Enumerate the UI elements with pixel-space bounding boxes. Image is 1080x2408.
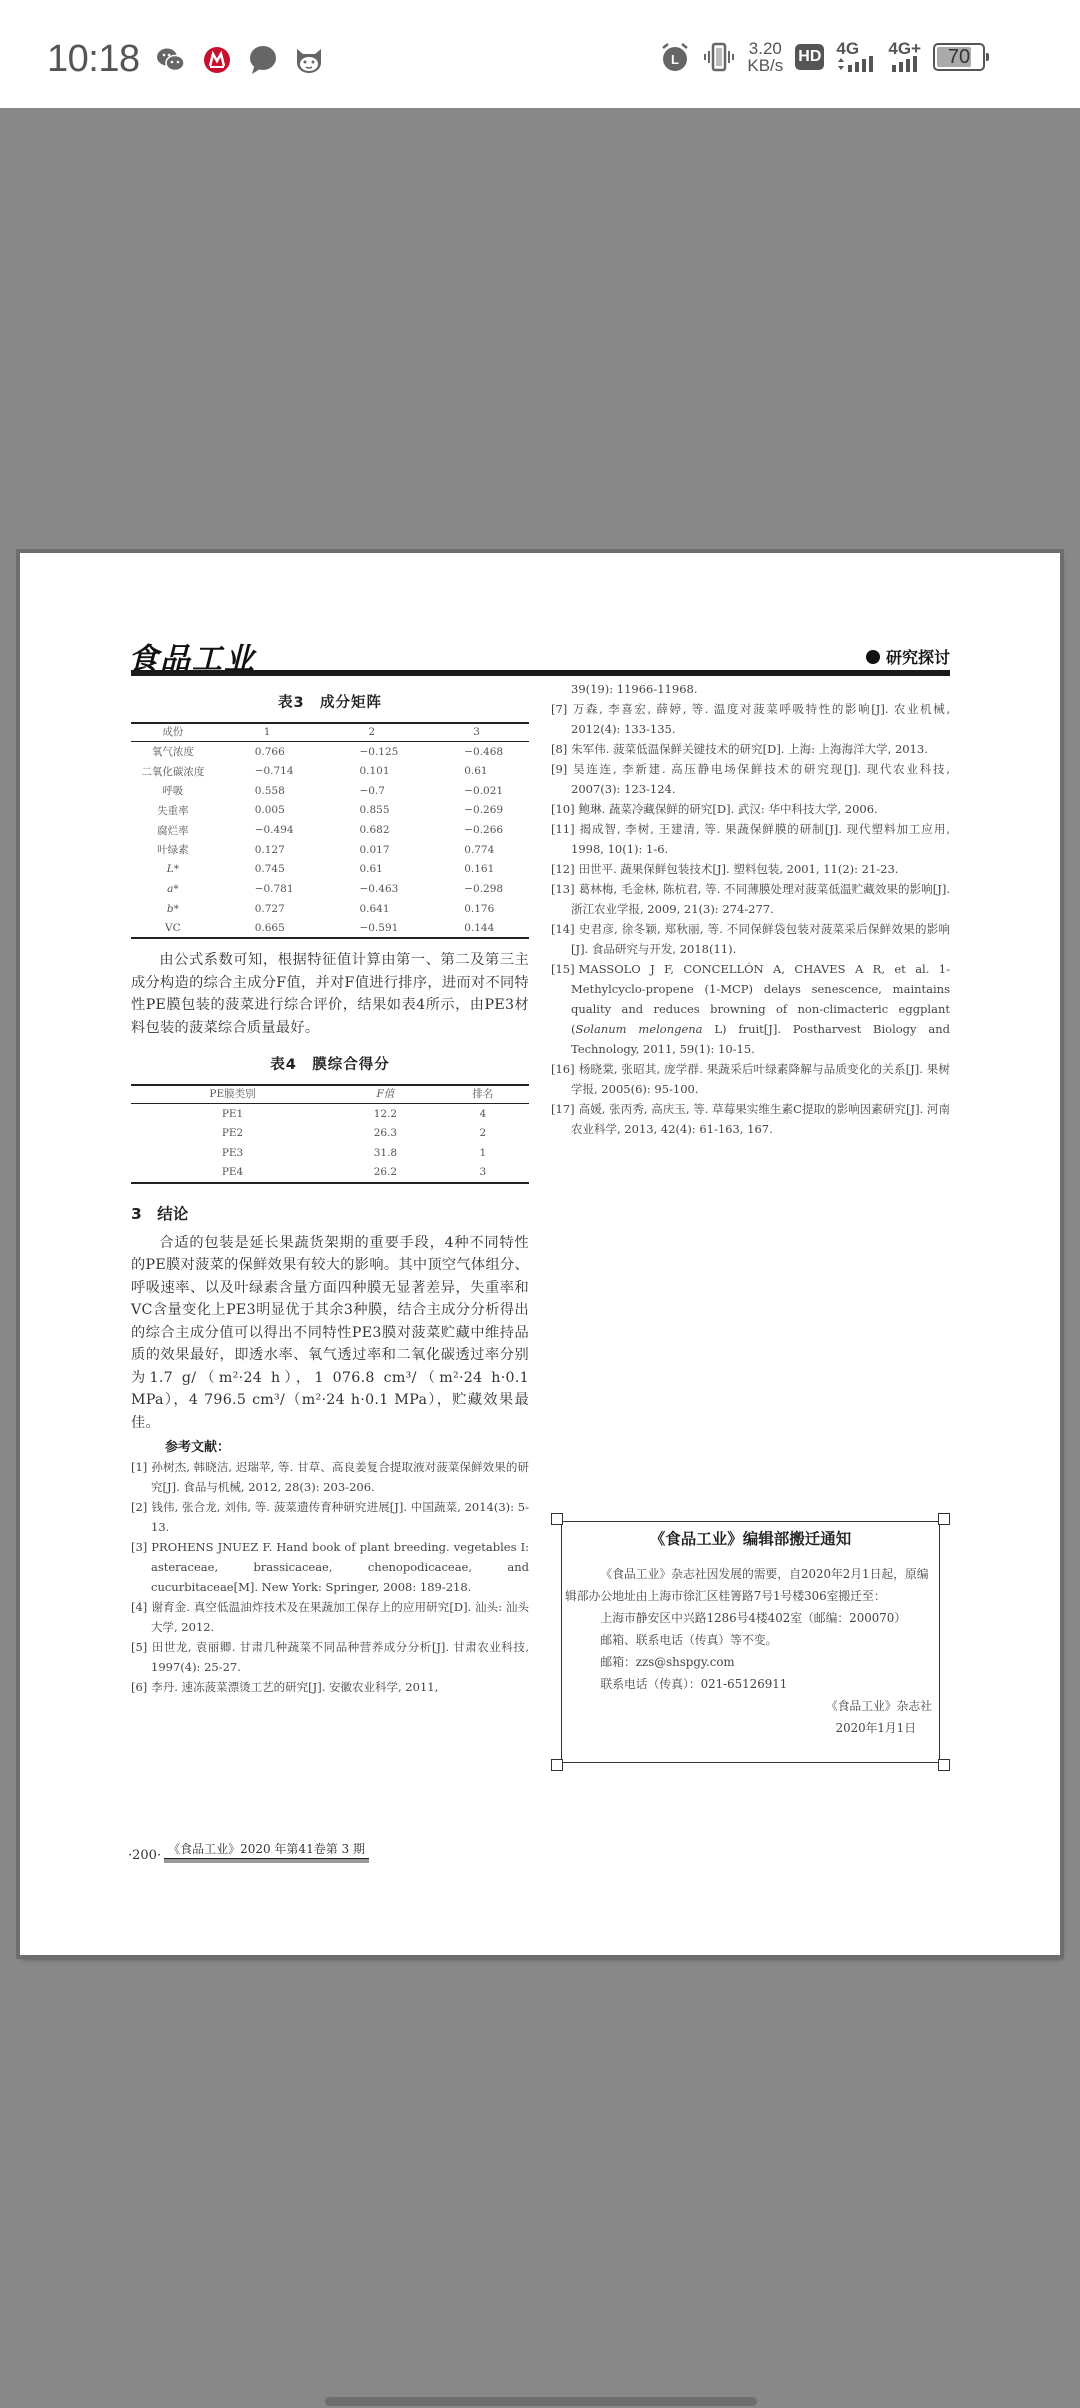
wechat-icon <box>155 44 187 76</box>
reference-number: [9] <box>551 762 567 776</box>
system-status-icons: L 3.20 KB/s HD 4G 4G+ 70 <box>659 40 985 74</box>
row-label: 失重率 <box>131 801 215 821</box>
table4-title: 表4 膜综合得分 <box>131 1053 529 1074</box>
cell: 0.558 <box>215 781 320 801</box>
bullet-dot-icon <box>866 650 880 664</box>
column-header: F值 <box>334 1085 437 1104</box>
reference-item: [2]钱伟, 张合龙, 刘伟, 等. 菠菜遗传育种研究进展[J]. 中国蔬菜, … <box>131 1497 529 1537</box>
cell: −0.269 <box>424 801 529 821</box>
page-footer: ·200· 《食品工业》2020 年第41卷第 3 期 <box>128 1840 369 1863</box>
reference-number: [12] <box>551 862 575 876</box>
reference-number: [4] <box>131 1600 147 1614</box>
reference-text: 钱伟, 张合龙, 刘伟, 等. 菠菜遗传育种研究进展[J]. 中国蔬菜, 201… <box>151 1500 529 1534</box>
notice-signature: 《食品工业》杂志社 <box>565 1695 936 1717</box>
paragraph-f-value: 由公式系数可知，根据特征值计算由第一、第二及第三主成分构造的综合主成分F值，并对… <box>131 949 529 1039</box>
reference-text: 李丹. 速冻菠菜漂烫工艺的研究[J]. 安徽农业科学, 2011, <box>151 1680 438 1694</box>
china-merchants-bank-icon <box>201 44 233 76</box>
table-row: 腐烂率−0.4940.682−0.266 <box>131 820 529 840</box>
table-row: L*0.7450.610.161 <box>131 860 529 880</box>
table-row: a*−0.781−0.463−0.298 <box>131 879 529 899</box>
reference-number: [5] <box>131 1640 147 1654</box>
cat-face-app-icon <box>293 44 325 76</box>
reference-number: [7] <box>551 702 567 716</box>
row-label: b* <box>131 899 215 919</box>
table-row: b*0.7270.6410.176 <box>131 899 529 919</box>
notification-icons <box>155 44 325 76</box>
cell: 0.641 <box>319 899 424 919</box>
cell: 0.774 <box>424 840 529 860</box>
network-speed: 3.20 KB/s <box>747 40 783 74</box>
journal-issue: 《食品工业》2020 年第41卷第 3 期 <box>164 1840 369 1863</box>
reference-number: [16] <box>551 1062 575 1076</box>
cell: 0.161 <box>424 860 529 880</box>
reference-item: [6]李丹. 速冻菠菜漂烫工艺的研究[J]. 安徽农业科学, 2011, <box>131 1677 529 1697</box>
reference-number: [10] <box>551 802 575 816</box>
reference-item: [9]吴连连, 李新建. 高压静电场保鲜技术的研究现[J]. 现代农业科技, 2… <box>551 759 950 799</box>
reference-item: [16]杨晓棠, 张昭其, 庞学群. 果蔬采后叶绿素降解与品质变化的关系[J].… <box>551 1059 950 1099</box>
reference-text: 田世龙, 袁丽卿. 甘肃几种蔬菜不同品种营养成分分析[J]. 甘肃农业科技, 1… <box>151 1640 529 1674</box>
cell: −0.463 <box>319 879 424 899</box>
sim1-signal: 4G <box>836 41 876 74</box>
network-speed-unit: KB/s <box>747 57 783 74</box>
battery-level: 70 <box>948 46 970 69</box>
row-label: 二氧化碳浓度 <box>131 761 215 781</box>
reference-species-name: Solanum melongena <box>576 1022 703 1036</box>
section-label: 研究探讨 <box>866 645 950 668</box>
alarm-clock-icon: L <box>659 41 691 73</box>
cell: 0.005 <box>215 801 320 821</box>
reference-text: 孙树杰, 韩晓洁, 迟瑞苹, 等. 甘草、高良姜复合提取液对菠菜保鲜效果的研究[… <box>151 1460 529 1494</box>
references-heading: 参考文献： <box>165 1436 529 1455</box>
notice-body: 《食品工业》杂志社因发展的需要，自2020年2月1日起，原编辑部办公地址由上海市… <box>565 1563 936 1739</box>
reference-item: [5]田世龙, 袁丽卿. 甘肃几种蔬菜不同品种营养成分分析[J]. 甘肃农业科技… <box>131 1637 529 1677</box>
row-label: L* <box>131 860 215 880</box>
corner-ornament <box>551 1759 563 1771</box>
notice-paragraph: 《食品工业》杂志社因发展的需要，自2020年2月1日起，原编辑部办公地址由上海市… <box>565 1563 936 1607</box>
gesture-home-bar[interactable] <box>325 2397 757 2406</box>
table-row: 二氧化碳浓度−0.7140.1010.61 <box>131 761 529 781</box>
cell: PE3 <box>131 1143 334 1163</box>
cell: 0.61 <box>319 860 424 880</box>
cell: PE2 <box>131 1124 334 1144</box>
section-label-text: 研究探讨 <box>886 645 950 668</box>
reference-number: [11] <box>551 822 575 836</box>
reference-item: [3]PROHENS JNUEZ F. Hand book of plant b… <box>131 1537 529 1597</box>
cell: −0.714 <box>215 761 320 781</box>
sim1-network-type: 4G <box>836 41 876 56</box>
reference-list-left: [1]孙树杰, 韩晓洁, 迟瑞苹, 等. 甘草、高良姜复合提取液对菠菜保鲜效果的… <box>131 1457 529 1697</box>
cell: 0.101 <box>319 761 424 781</box>
cell: 0.61 <box>424 761 529 781</box>
header-rule <box>131 670 950 676</box>
cell: −0.494 <box>215 820 320 840</box>
paragraph-conclusion: 合适的包装是延长果蔬货架期的重要手段，4种不同特性的PE膜对菠菜的保鲜效果有较大… <box>131 1232 529 1435</box>
page-number: ·200· <box>128 1848 161 1863</box>
reference-number: [15] <box>551 962 575 976</box>
table-header-row: PE膜类别 F值 排名 <box>131 1085 529 1104</box>
table-row: PE426.23 <box>131 1163 529 1183</box>
sim2-network-type: 4G+ <box>888 41 921 56</box>
corner-ornament <box>551 1513 563 1525</box>
reference-text: 万森, 李喜宏, 薛婷, 等. 温度对菠菜呼吸特性的影响[J]. 农业机械, 2… <box>571 702 950 736</box>
cell: 0.176 <box>424 899 529 919</box>
corner-ornament <box>938 1759 950 1771</box>
battery-icon: 70 <box>933 43 985 71</box>
cell: 0.855 <box>319 801 424 821</box>
table-header-row: 成份 1 2 3 <box>131 723 529 742</box>
svg-text:L: L <box>671 52 679 67</box>
relocation-notice: 《食品工业》编辑部搬迁通知 《食品工业》杂志社因发展的需要，自2020年2月1日… <box>551 1513 950 1771</box>
notice-phone: 联系电话（传真）：021-65126911 <box>565 1673 936 1695</box>
clock: 10:18 <box>47 38 140 81</box>
column-header: 2 <box>319 723 424 742</box>
cell: −0.125 <box>319 742 424 762</box>
notice-paragraph: 邮箱、联系电话（传真）等不变。 <box>565 1629 936 1651</box>
cell: −0.781 <box>215 879 320 899</box>
cell: −0.266 <box>424 820 529 840</box>
cell: 31.8 <box>334 1143 437 1163</box>
reference-number: [2] <box>131 1500 147 1514</box>
reference-list-right: [7]万森, 李喜宏, 薛婷, 等. 温度对菠菜呼吸特性的影响[J]. 农业机械… <box>551 699 950 1139</box>
table-row: 呼吸0.558−0.7−0.021 <box>131 781 529 801</box>
notice-date: 2020年1月1日 <box>565 1717 936 1739</box>
table-row: 失重率0.0050.855−0.269 <box>131 801 529 821</box>
column-header: 3 <box>424 723 529 742</box>
right-column: 39(19): 11966-11968. [7]万森, 李喜宏, 薛婷, 等. … <box>551 679 950 1139</box>
message-bubble-icon <box>247 44 279 76</box>
notice-email: 邮箱：zzs@shspgy.com <box>565 1651 936 1673</box>
table-row: 叶绿素0.1270.0170.774 <box>131 840 529 860</box>
reference-text: 史君彦, 徐冬颖, 郑秋丽, 等. 不同保鲜袋包装对菠菜采后保鲜效果的影响[J]… <box>571 922 950 956</box>
reference-item: [12]田世平. 蔬果保鲜包装技术[J]. 塑料包装, 2001, 11(2):… <box>551 859 950 879</box>
reference-text: 鲍琳. 蔬菜冷藏保鲜的研究[D]. 武汉: 华中科技大学, 2006. <box>579 802 878 816</box>
table-row: 氧气浓度0.766−0.125−0.468 <box>131 742 529 762</box>
reference-text: 葛林梅, 毛金林, 陈杭君, 等. 不同薄膜处理对菠菜低温贮藏效果的影响[J].… <box>571 882 950 916</box>
cell: 26.2 <box>334 1163 437 1183</box>
reference-item: [4]谢育金. 真空低温油炸技术及在果蔬加工保存上的应用研究[D]. 汕头: 汕… <box>131 1597 529 1637</box>
table-row: PE331.81 <box>131 1143 529 1163</box>
signal-bars-icon <box>836 56 876 72</box>
notice-title: 《食品工业》编辑部搬迁通知 <box>551 1527 950 1549</box>
cell: 3 <box>437 1163 529 1183</box>
table-row: VC0.665−0.5910.144 <box>131 919 529 939</box>
reference-item: [13]葛林梅, 毛金林, 陈杭君, 等. 不同薄膜处理对菠菜低温贮藏效果的影响… <box>551 879 950 919</box>
cell: PE1 <box>131 1104 334 1124</box>
cell: 1 <box>437 1143 529 1163</box>
cell: 0.766 <box>215 742 320 762</box>
row-label: a* <box>131 879 215 899</box>
row-label: 叶绿素 <box>131 840 215 860</box>
cell: PE4 <box>131 1163 334 1183</box>
table-row: PE226.32 <box>131 1124 529 1144</box>
reference-item: [14]史君彦, 徐冬颖, 郑秋丽, 等. 不同保鲜袋包装对菠菜采后保鲜效果的影… <box>551 919 950 959</box>
row-label: 呼吸 <box>131 781 215 801</box>
reference-continuation: 39(19): 11966-11968. <box>551 679 950 699</box>
reference-item: [10]鲍琳. 蔬菜冷藏保鲜的研究[D]. 武汉: 华中科技大学, 2006. <box>551 799 950 819</box>
reference-item: [1]孙树杰, 韩晓洁, 迟瑞苹, 等. 甘草、高良姜复合提取液对菠菜保鲜效果的… <box>131 1457 529 1497</box>
row-label: 氧气浓度 <box>131 742 215 762</box>
cell: −0.298 <box>424 879 529 899</box>
section-heading-conclusion: 3 结论 <box>131 1202 529 1224</box>
cell: 0.727 <box>215 899 320 919</box>
reference-text: 田世平. 蔬果保鲜包装技术[J]. 塑料包装, 2001, 11(2): 21-… <box>579 862 899 876</box>
reference-item: [15]MASSOLO J F, CONCELLÓN A, CHAVES A R… <box>551 959 950 1059</box>
reference-item: [11]揭成智, 李树, 王建清, 等. 果蔬保鲜膜的研制[J]. 现代塑料加工… <box>551 819 950 859</box>
reference-number: [6] <box>131 1680 147 1694</box>
reference-text: 朱军伟. 菠菜低温保鲜关键技术的研究[D]. 上海: 上海海洋大学, 2013. <box>571 742 928 756</box>
row-label: 腐烂率 <box>131 820 215 840</box>
reference-item: [8]朱军伟. 菠菜低温保鲜关键技术的研究[D]. 上海: 上海海洋大学, 20… <box>551 739 950 759</box>
reference-text: 吴连连, 李新建. 高压静电场保鲜技术的研究现[J]. 现代农业科技, 2007… <box>571 762 950 796</box>
cell: 0.144 <box>424 919 529 939</box>
document-page[interactable]: 食品工业 研究探讨 表3 成分矩阵 成份 1 2 3 氧气浓度0.766−0.1… <box>20 553 1060 1955</box>
reference-item: [17]高媛, 张丙秀, 高庆玉, 等. 草莓果实维生素C提取的影响因素研究[J… <box>551 1099 950 1139</box>
cell: −0.591 <box>319 919 424 939</box>
reference-number: [17] <box>551 1102 575 1116</box>
cell: 0.665 <box>215 919 320 939</box>
reference-item: [7]万森, 李喜宏, 薛婷, 等. 温度对菠菜呼吸特性的影响[J]. 农业机械… <box>551 699 950 739</box>
network-speed-value: 3.20 <box>747 40 783 57</box>
reference-number: [14] <box>551 922 575 936</box>
column-header: 成份 <box>131 723 215 742</box>
signal-bars-icon <box>888 56 920 72</box>
cell: 0.745 <box>215 860 320 880</box>
sim2-signal: 4G+ <box>888 41 921 74</box>
vibrate-icon <box>703 41 735 73</box>
cell: 0.017 <box>319 840 424 860</box>
table4-film-scores: PE膜类别 F值 排名 PE112.24 PE226.32 PE331.81 P… <box>131 1084 529 1183</box>
left-column: 表3 成分矩阵 成份 1 2 3 氧气浓度0.766−0.125−0.468 二… <box>131 691 529 1697</box>
cell: 2 <box>437 1124 529 1144</box>
reference-number: [13] <box>551 882 575 896</box>
reference-text: 谢育金. 真空低温油炸技术及在果蔬加工保存上的应用研究[D]. 汕头: 汕头大学… <box>151 1600 529 1634</box>
notice-new-address: 上海市静安区中兴路1286号4楼402室（邮编：200070） <box>565 1607 936 1629</box>
reference-text: 杨晓棠, 张昭其, 庞学群. 果蔬采后叶绿素降解与品质变化的关系[J]. 果树学… <box>571 1062 950 1096</box>
cell: 26.3 <box>334 1124 437 1144</box>
cell: −0.468 <box>424 742 529 762</box>
cell: 0.127 <box>215 840 320 860</box>
table3-component-matrix: 成份 1 2 3 氧气浓度0.766−0.125−0.468 二氧化碳浓度−0.… <box>131 722 529 939</box>
cell: −0.7 <box>319 781 424 801</box>
reference-text: 高媛, 张丙秀, 高庆玉, 等. 草莓果实维生素C提取的影响因素研究[J]. 河… <box>571 1102 950 1136</box>
table-row: PE112.24 <box>131 1104 529 1124</box>
reference-text: 揭成智, 李树, 王建清, 等. 果蔬保鲜膜的研制[J]. 现代塑料加工应用, … <box>571 822 950 856</box>
column-header: 排名 <box>437 1085 529 1104</box>
cell: 0.682 <box>319 820 424 840</box>
column-header: PE膜类别 <box>131 1085 334 1104</box>
cell: 4 <box>437 1104 529 1124</box>
reference-number: [8] <box>551 742 567 756</box>
cell: −0.021 <box>424 781 529 801</box>
row-label: VC <box>131 919 215 939</box>
reference-number: [1] <box>131 1460 147 1474</box>
cell: 12.2 <box>334 1104 437 1124</box>
table3-title: 表3 成分矩阵 <box>131 691 529 712</box>
reference-text: PROHENS JNUEZ F. Hand book of plant bree… <box>151 1540 529 1594</box>
status-bar: 10:18 L 3.20 KB/s HD 4G 4G+ <box>0 0 1080 108</box>
hd-voice-icon: HD <box>795 44 824 70</box>
reference-number: [3] <box>131 1540 147 1554</box>
corner-ornament <box>938 1513 950 1525</box>
column-header: 1 <box>215 723 320 742</box>
